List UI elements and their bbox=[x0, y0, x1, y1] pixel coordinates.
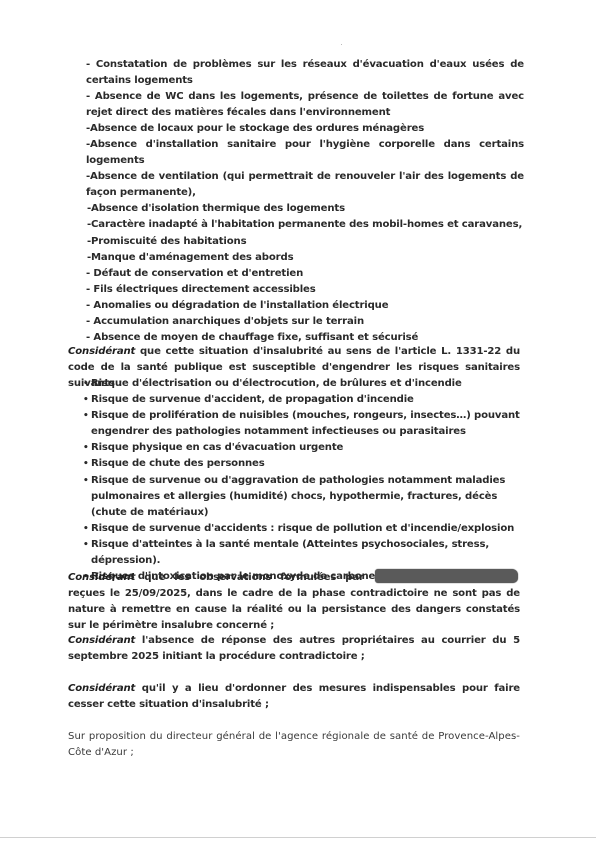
risk-list: Risque d'électrisation ou d'électrocutio… bbox=[84, 376, 524, 585]
considerant-lead: Considérant bbox=[68, 572, 135, 583]
risk-item: Risque physique en cas d'évacuation urge… bbox=[84, 440, 524, 456]
considerant-lead: Considérant bbox=[68, 346, 135, 357]
deficiency-item: -Caractère inadapté à l'habitation perma… bbox=[86, 217, 524, 233]
deficiency-item: -Absence de ventilation (qui permettrait… bbox=[86, 169, 524, 201]
risk-item: Risque d'atteintes à la santé mentale (A… bbox=[84, 537, 524, 569]
risk-item: Risque de chute des personnes bbox=[84, 456, 524, 472]
page-edge-line bbox=[0, 837, 596, 838]
deficiency-item: - Absence de WC dans les logements, prés… bbox=[86, 89, 524, 121]
considerant-text-after: reçues le 25/09/2025, dans le cadre de l… bbox=[68, 588, 520, 631]
deficiency-item: -Absence d'installation sanitaire pour l… bbox=[86, 137, 524, 169]
risk-item: Risque de survenue d'accident, de propag… bbox=[84, 392, 524, 408]
considerant-lead: Considérant bbox=[68, 635, 135, 646]
deficiency-item: - Fils électriques directement accessibl… bbox=[86, 282, 524, 298]
considerant-text: l'absence de réponse des autres propriét… bbox=[68, 635, 520, 662]
redacted-name-block bbox=[375, 569, 518, 583]
deficiency-item: -Manque d'aménagement des abords bbox=[86, 250, 524, 266]
deficiency-item: - Défaut de conservation et d'entretien bbox=[86, 266, 524, 282]
considerant-text-before: que les observations formulées par bbox=[135, 572, 364, 583]
risk-item: Risque de prolifération de nuisibles (mo… bbox=[84, 408, 524, 440]
risk-item: Risque de survenue d'accidents : risque … bbox=[84, 521, 524, 537]
risk-item: Risque d'électrisation ou d'électrocutio… bbox=[84, 376, 524, 392]
deficiency-item: - Anomalies ou dégradation de l'installa… bbox=[86, 298, 524, 314]
proposition-paragraph: Sur proposition du directeur général de … bbox=[68, 729, 520, 761]
deficiency-item: -Absence d'isolation thermique des logem… bbox=[86, 201, 524, 217]
considerant-paragraph-4: Considérant qu'il y a lieu d'ordonner de… bbox=[68, 681, 520, 713]
deficiency-item: - Constatation de problèmes sur les rése… bbox=[86, 57, 524, 89]
considerant-paragraph-2: Considérant que les observations formulé… bbox=[68, 569, 520, 634]
scan-speck bbox=[341, 44, 342, 45]
deficiency-item: -Promiscuité des habitations bbox=[86, 234, 524, 250]
deficiency-list: - Constatation de problèmes sur les rése… bbox=[86, 57, 524, 346]
risk-item: Risque de survenue ou d'aggravation de p… bbox=[84, 473, 524, 521]
deficiency-item: - Accumulation anarchiques d'objets sur … bbox=[86, 314, 524, 330]
proposition-text: Sur proposition du directeur général de … bbox=[68, 731, 520, 758]
document-page: - Constatation de problèmes sur les rése… bbox=[0, 0, 600, 848]
considerant-lead: Considérant bbox=[68, 683, 135, 694]
considerant-paragraph-3: Considérant l'absence de réponse des aut… bbox=[68, 633, 520, 665]
considerant-text: qu'il y a lieu d'ordonner des mesures in… bbox=[68, 683, 520, 710]
deficiency-item: -Absence de locaux pour le stockage des … bbox=[86, 121, 524, 137]
